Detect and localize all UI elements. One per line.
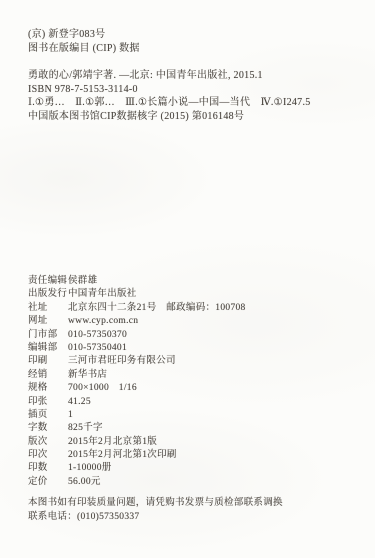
colophon-value: 010-57350401 bbox=[68, 342, 127, 355]
cip-line: Ⅰ.①勇… Ⅱ.①郭… Ⅲ.①长篇小说—中国—当代 Ⅳ.①I247.5 bbox=[28, 96, 365, 110]
copyright-page: (京) 新登字083号 图书在版编目 (CIP) 数据 勇敢的心/郭靖宇著. —… bbox=[0, 0, 375, 558]
colophon-value: 新华书店 bbox=[68, 369, 107, 382]
colophon-label: 印数 bbox=[28, 462, 68, 475]
cip-line: ISBN 978-7-5153-3114-0 bbox=[28, 83, 365, 97]
colophon-label: 定价 bbox=[28, 476, 68, 489]
note-line: 联系电话：(010)57350337 bbox=[28, 511, 365, 525]
colophon-label: 插页 bbox=[28, 409, 68, 422]
colophon-row: 定价 56.00元 bbox=[28, 476, 365, 489]
colophon-row: 经销 新华书店 bbox=[28, 369, 365, 382]
colophon-row: 印数 1-10000册 bbox=[28, 462, 365, 475]
colophon-value: 2015年2月河北第1次印刷 bbox=[68, 449, 177, 462]
colophon-value: 三河市君旺印务有限公司 bbox=[68, 355, 176, 368]
colophon-value: 1 bbox=[68, 409, 73, 422]
colophon-label: 印次 bbox=[28, 449, 68, 462]
colophon-value: 1-10000册 bbox=[68, 462, 112, 475]
colophon-row: 印次 2015年2月河北第1次印刷 bbox=[28, 449, 365, 462]
cip-block: (京) 新登字083号 图书在版编目 (CIP) 数据 勇敢的心/郭靖宇著. —… bbox=[28, 28, 365, 123]
colophon-label: 社址 bbox=[28, 302, 68, 315]
colophon-table: 责任编辑 侯群雄 出版发行 中国青年出版社 社址 北京东四十二条21号 邮政编码… bbox=[28, 275, 365, 489]
colophon-label: 网址 bbox=[28, 315, 68, 328]
colophon-row: 编辑部 010-57350401 bbox=[28, 342, 365, 355]
cip-description: 勇敢的心/郭靖宇著. —北京: 中国青年出版社, 2015.1 ISBN 978… bbox=[28, 69, 365, 123]
colophon-label: 责任编辑 bbox=[28, 275, 68, 288]
colophon-label: 字数 bbox=[28, 422, 68, 435]
colophon-row: 规格 700×1000 1/16 bbox=[28, 382, 365, 395]
colophon-label: 门市部 bbox=[28, 329, 68, 342]
colophon-label: 版次 bbox=[28, 436, 68, 449]
colophon-label: 规格 bbox=[28, 382, 68, 395]
colophon-label: 出版发行 bbox=[28, 288, 68, 301]
quality-note-block: 本图书如有印装质量问题，请凭购书发票与质检部联系调换 联系电话：(010)573… bbox=[28, 497, 365, 524]
colophon-label: 编辑部 bbox=[28, 342, 68, 355]
colophon-row: 责任编辑 侯群雄 bbox=[28, 275, 365, 288]
cip-line: 中国版本图书馆CIP数据核字 (2015) 第016148号 bbox=[28, 110, 365, 124]
colophon-value: 侯群雄 bbox=[68, 275, 97, 288]
colophon-value: 41.25 bbox=[68, 396, 91, 409]
note-line: 本图书如有印装质量问题，请凭购书发票与质检部联系调换 bbox=[28, 497, 365, 511]
colophon-label: 经销 bbox=[28, 369, 68, 382]
colophon-row: 网址 www.cyp.com.cn bbox=[28, 315, 365, 328]
colophon-value: 700×1000 1/16 bbox=[68, 382, 137, 395]
colophon-row: 印刷 三河市君旺印务有限公司 bbox=[28, 355, 365, 368]
colophon-label: 印张 bbox=[28, 396, 68, 409]
colophon-value: 中国青年出版社 bbox=[68, 288, 137, 301]
colophon-value: 010-57350370 bbox=[68, 329, 127, 342]
colophon-row: 版次 2015年2月北京第1版 bbox=[28, 436, 365, 449]
colophon-value: 北京东四十二条21号 邮政编码：100708 bbox=[68, 302, 246, 315]
colophon-row: 印张 41.25 bbox=[28, 396, 365, 409]
colophon-value: 825千字 bbox=[68, 422, 103, 435]
colophon-row: 出版发行 中国青年出版社 bbox=[28, 288, 365, 301]
registration-number: (京) 新登字083号 bbox=[28, 28, 365, 42]
colophon-row: 社址 北京东四十二条21号 邮政编码：100708 bbox=[28, 302, 365, 315]
cip-heading: 图书在版编目 (CIP) 数据 bbox=[28, 42, 365, 56]
colophon-value: 2015年2月北京第1版 bbox=[68, 436, 157, 449]
colophon-value: 56.00元 bbox=[68, 476, 101, 489]
colophon-value: www.cyp.com.cn bbox=[68, 315, 138, 328]
colophon-row: 插页 1 bbox=[28, 409, 365, 422]
cip-line: 勇敢的心/郭靖宇著. —北京: 中国青年出版社, 2015.1 bbox=[28, 69, 365, 83]
colophon-row: 字数 825千字 bbox=[28, 422, 365, 435]
colophon-label: 印刷 bbox=[28, 355, 68, 368]
colophon-row: 门市部 010-57350370 bbox=[28, 329, 365, 342]
